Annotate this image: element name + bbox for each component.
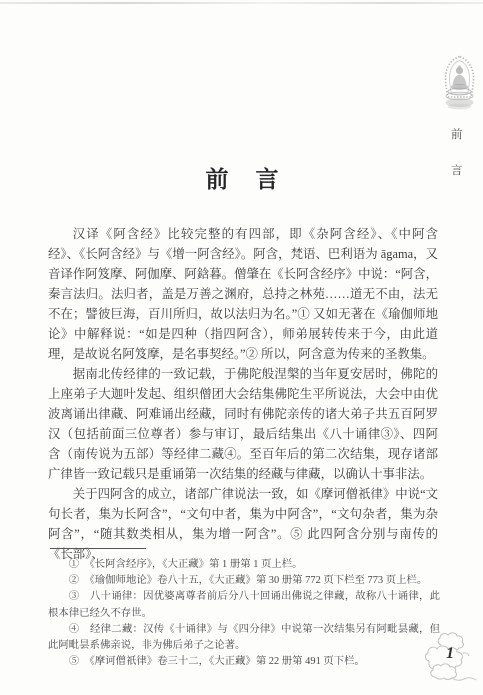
footnotes: ① 《长阿含经序》，《大正藏》第 1 册第 1 页上栏。 ② 《瑜伽师地论》卷八… [48,557,440,670]
footnote-divider [50,548,146,549]
footnote-item: ④ 经律二藏：汉传《十诵律》与《四分律》中说第一次结集另有阿毗昙藏，但此阿毗昙系… [48,622,440,654]
footnote-item: ② 《瑜伽师地论》卷八十五，《大正藏》第 30 册第 772 页下栏至 773 … [48,573,440,589]
footnote-item: ① 《长阿含经序》，《大正藏》第 1 册第 1 页上栏。 [48,557,440,573]
book-page: 前 言 前 言 汉译《阿含经》比较完整的有四部，即《杂阿含经》、《中阿含经》、《… [0,0,483,695]
footnote-item: ⑤ 《摩诃僧祇律》卷三十二，《大正藏》第 22 册第 491 页下栏。 [48,654,440,670]
body-text: 汉译《阿含经》比较完整的有四部，即《杂阿含经》、《中阿含经》、《长阿含经》与《增… [48,224,438,564]
footnote-item: ③ 八十诵律：因优婆离尊者前后分八十回诵出佛说之律藏，故称八十诵律，此根本律已经… [48,589,440,621]
cloud-ornament: 1 [419,629,483,689]
body-paragraph: 据南北传经律的一致记载，于佛陀般涅槃的当年夏安居时，佛陀的上座弟子大迦叶发起、组… [48,364,438,484]
page-title: 前 言 [48,161,438,194]
page-number: 1 [446,645,454,663]
buddha-stamp-icon [441,54,478,112]
scan-edge-line [0,2,483,4]
margin-running-title-char-1: 前 [451,126,463,142]
margin-running-title-char-2: 言 [451,162,463,178]
body-paragraph: 汉译《阿含经》比较完整的有四部，即《杂阿含经》、《中阿含经》、《长阿含经》与《增… [48,224,438,364]
body-paragraph: 关于四阿含的成立，诸部广律说法一致，如《摩诃僧祇律》中说“文句长者，集为长阿含”… [48,484,438,564]
